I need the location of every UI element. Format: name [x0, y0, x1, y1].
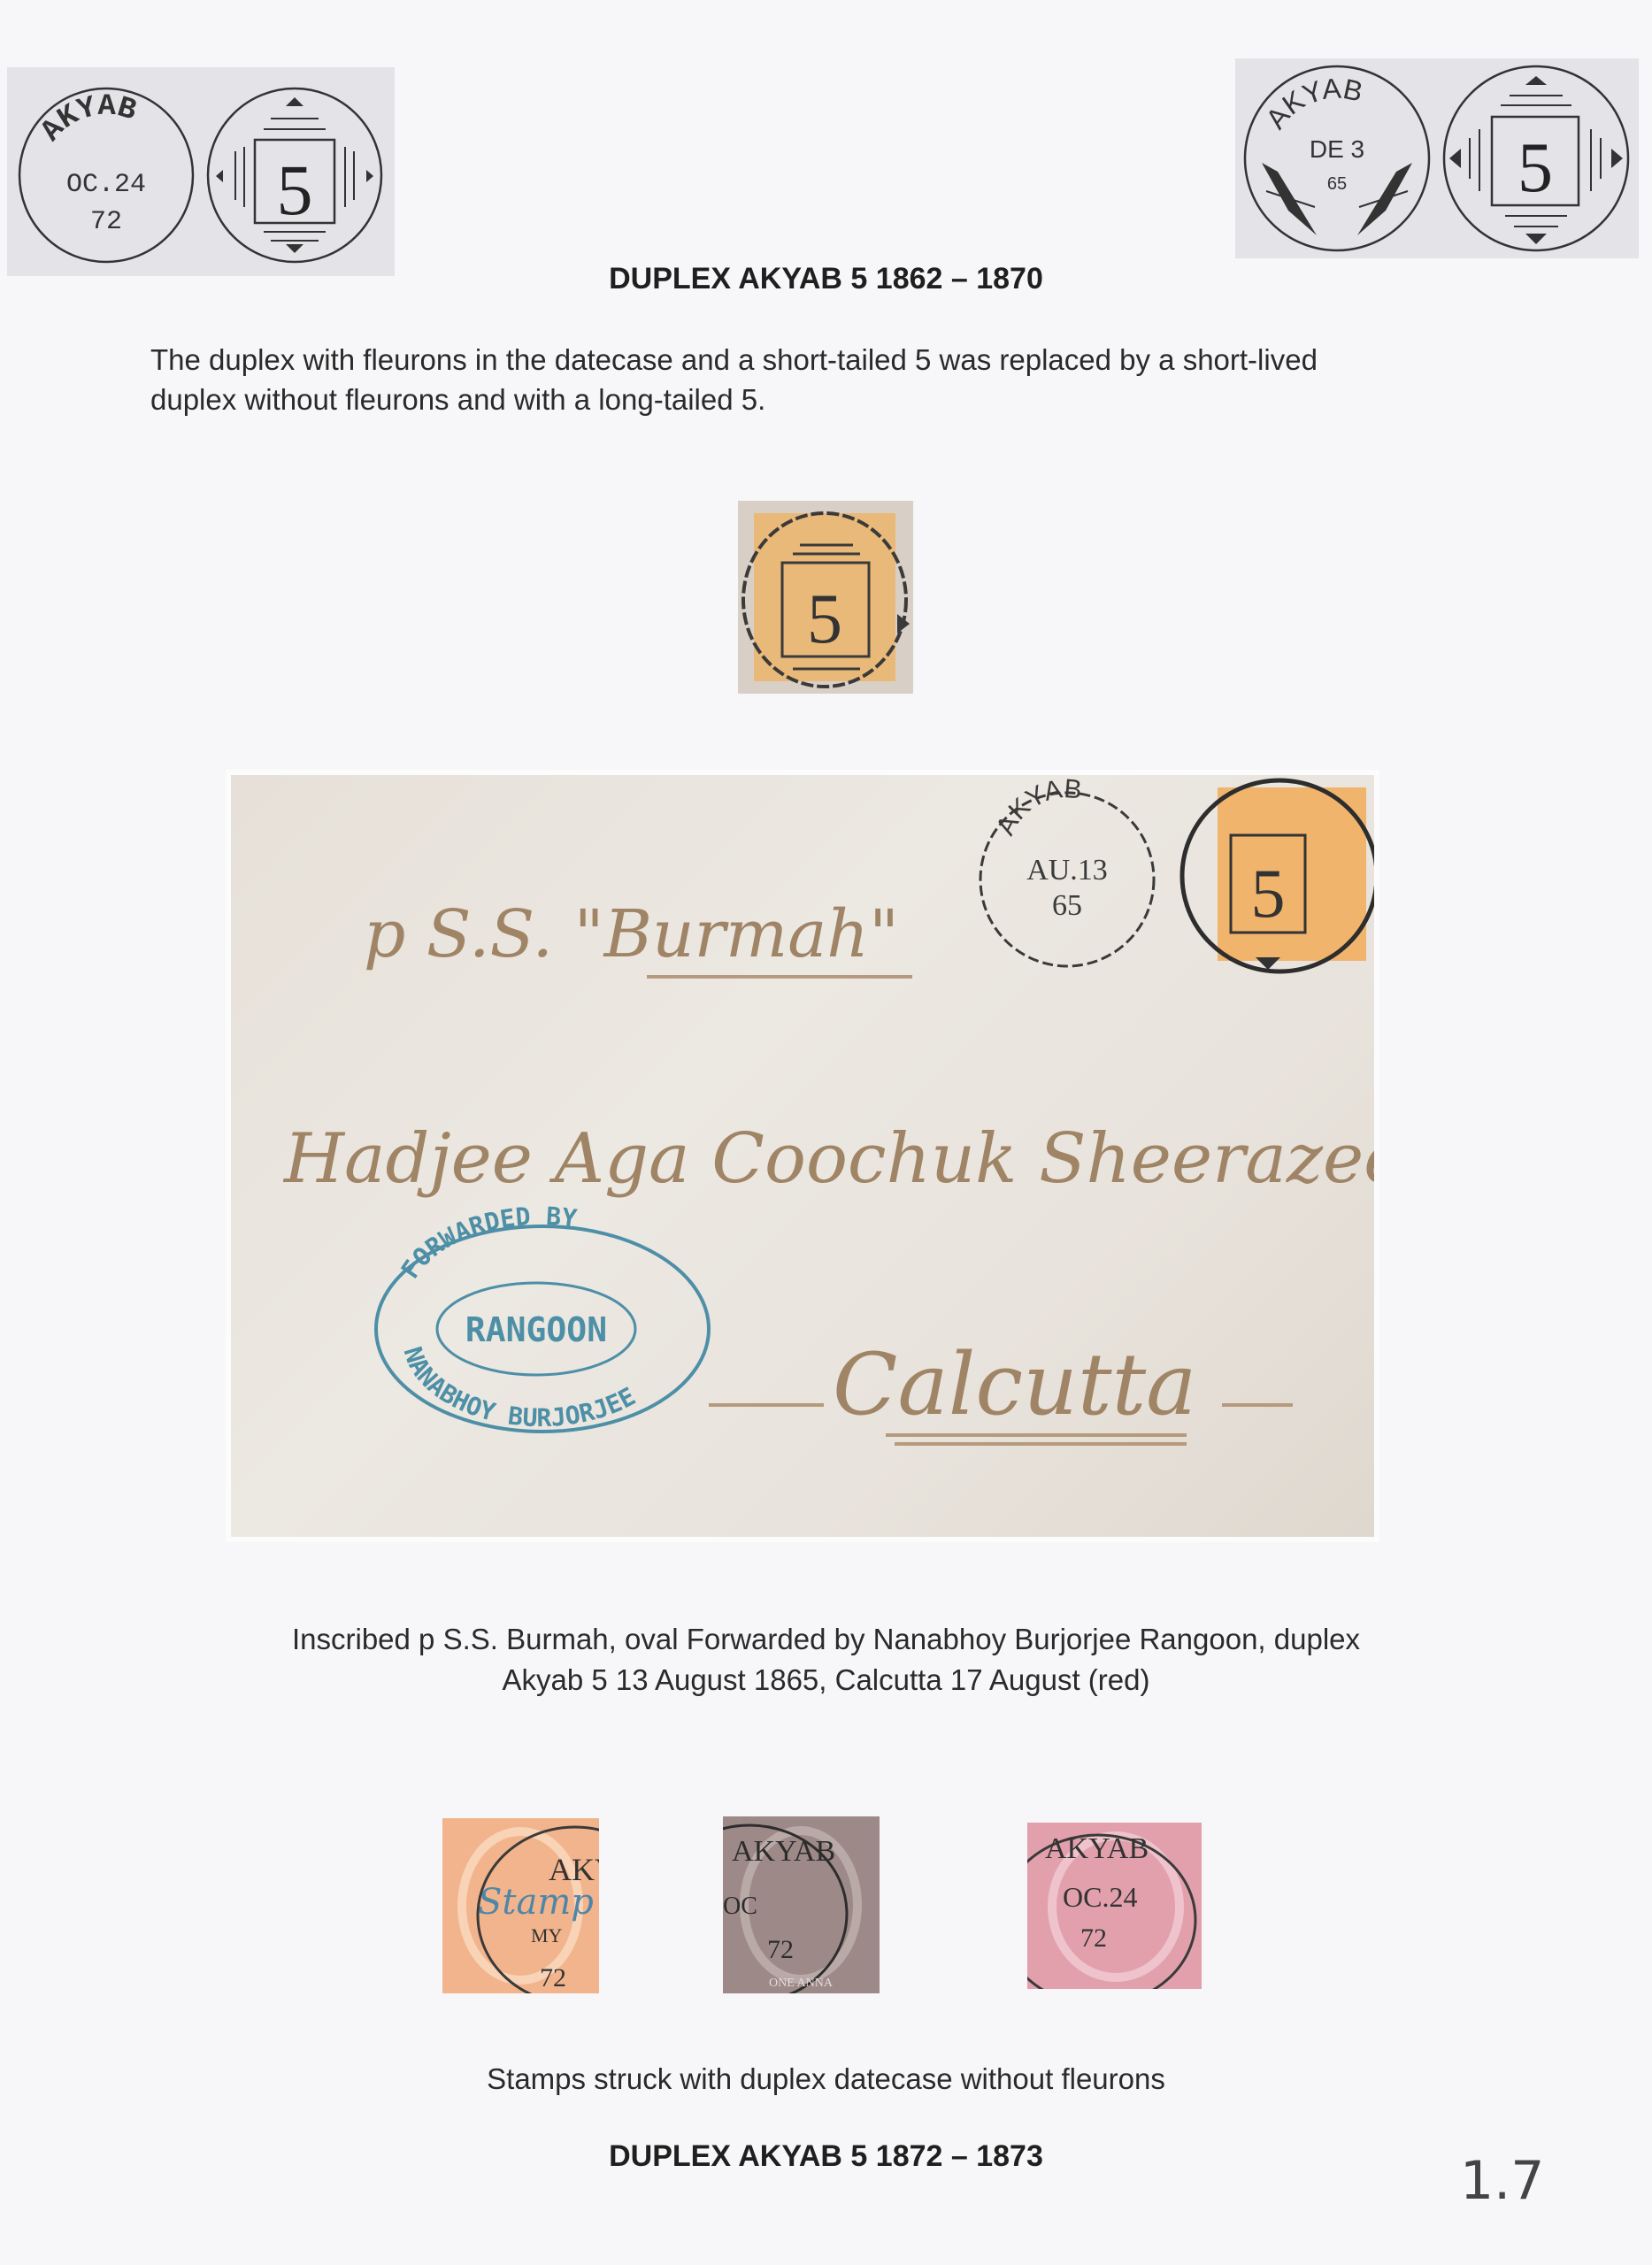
intro-line-2: duplex without fleurons and with a long-… — [150, 380, 1531, 419]
envelope-cover: AKYAB AU.13 65 5 p S.S. "Burmah" Hadjee … — [231, 775, 1374, 1537]
svg-text:AKYAB: AKYAB — [1045, 1832, 1149, 1865]
svg-text:72: 72 — [1080, 1923, 1107, 1953]
section-title-1872-1873: DUPLEX AKYAB 5 1872 – 1873 — [0, 2139, 1652, 2174]
page-number: 1.7 — [1460, 2150, 1544, 2212]
svg-text:Stamp: Stamp — [478, 1882, 594, 1923]
stamp-image: AKY Stamp MY 72 — [442, 1818, 599, 1993]
svg-text:ONE ANNA: ONE ANNA — [769, 1977, 834, 1990]
svg-text:Hadjee Aga Coochuk Sheerazee E: Hadjee Aga Coochuk Sheerazee Esq — [282, 1119, 1374, 1199]
stamp-image: 5 — [738, 501, 913, 694]
intro-paragraph: The duplex with fleurons in the datecase… — [150, 340, 1531, 419]
svg-text:p S.S. "Burmah": p S.S. "Burmah" — [364, 896, 899, 972]
duplex-illustration: AKYAB OC.24 72 5 — [7, 67, 395, 276]
stamp-rose: AKYAB OC.24 72 — [1027, 1823, 1202, 1989]
svg-text:MY: MY — [531, 1924, 563, 1946]
stamp-lilac: AKYAB OC 72 ONE ANNA — [723, 1816, 880, 1993]
svg-text:Calcutta: Calcutta — [833, 1335, 1196, 1434]
svg-text:OC.24: OC.24 — [1063, 1881, 1137, 1913]
cover-caption-line-2: Akyab 5 13 August 1865, Calcutta 17 Augu… — [0, 1660, 1652, 1701]
stamp-image: AKYAB OC.24 72 — [1027, 1823, 1202, 1989]
svg-text:AKYAB: AKYAB — [35, 90, 140, 149]
svg-text:5: 5 — [807, 580, 842, 658]
svg-text:FORWARDED BY: FORWARDED BY — [396, 1202, 579, 1284]
section-title-1862-1870: DUPLEX AKYAB 5 1862 – 1870 — [0, 262, 1652, 296]
svg-text:RANGOON: RANGOON — [465, 1310, 607, 1349]
svg-text:65: 65 — [1327, 174, 1347, 194]
fleuron-right-icon — [1357, 163, 1412, 235]
envelope-markings: AKYAB AU.13 65 5 p S.S. "Burmah" Hadjee … — [231, 775, 1374, 1537]
svg-text:72: 72 — [540, 1963, 566, 1992]
fleuron-left-icon — [1262, 163, 1317, 235]
svg-text:5: 5 — [1251, 855, 1286, 932]
svg-text:65: 65 — [1052, 889, 1082, 922]
single-stamp-duplex-5: 5 — [738, 501, 913, 694]
svg-text:72: 72 — [767, 1935, 794, 1964]
illustration-akyab-oc24-72: AKYAB OC.24 72 5 — [7, 67, 395, 276]
intro-line-1: The duplex with fleurons in the datecase… — [150, 340, 1531, 380]
cover-caption: Inscribed p S.S. Burmah, oval Forwarded … — [0, 1619, 1652, 1701]
illustration-akyab-de3-65: AKYAB DE 3 65 5 — [1235, 58, 1639, 258]
forwarded-by-oval-cachet: FORWARDED BY NANABHOY BURJORJEE RANGOON — [376, 1202, 709, 1432]
stamp-orange: AKY Stamp MY 72 — [442, 1818, 599, 1993]
svg-text:5: 5 — [277, 150, 313, 230]
svg-text:AKYAB: AKYAB — [732, 1835, 835, 1868]
svg-text:AKYAB: AKYAB — [991, 775, 1083, 840]
svg-text:5: 5 — [1518, 129, 1553, 207]
svg-text:AU.13: AU.13 — [1026, 854, 1108, 887]
svg-text:AKYAB: AKYAB — [1259, 72, 1365, 134]
cover-caption-line-1: Inscribed p S.S. Burmah, oval Forwarded … — [0, 1619, 1652, 1660]
duplex-illustration-fleurons: AKYAB DE 3 65 5 — [1235, 58, 1639, 258]
stamp-image: AKYAB OC 72 ONE ANNA — [723, 1816, 880, 1993]
svg-text:NANABHOY BURJORJEE: NANABHOY BURJORJEE — [398, 1343, 641, 1432]
svg-text:72: 72 — [90, 207, 122, 237]
svg-text:OC: OC — [723, 1893, 757, 1920]
svg-text:OC.24: OC.24 — [66, 170, 146, 200]
svg-text:DE 3: DE 3 — [1310, 135, 1364, 163]
stamps-caption: Stamps struck with duplex datecase witho… — [0, 2059, 1652, 2100]
